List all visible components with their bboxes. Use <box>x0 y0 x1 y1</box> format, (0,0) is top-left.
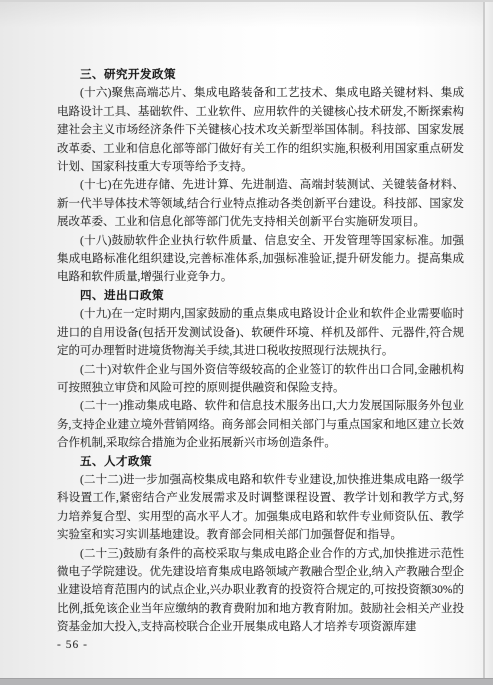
scanned-document-page: 三、研究开发政策 (十六)聚焦高端芯片、集成电路装备和工艺技术、集成电路关键材料… <box>0 0 493 685</box>
scan-bottom-shadow <box>0 678 493 685</box>
paragraph-21: (二十一)推动集成电路、软件和信息技术服务出口,大力发展国际服务外包业务,支持企… <box>57 397 464 452</box>
section-heading-import-export: 四、进出口政策 <box>57 287 464 305</box>
paragraph-20: (二十)对软件企业与国外资信等级较高的企业签订的软件出口合同,金融机构可按照独立… <box>57 361 464 398</box>
paragraph-19: (十九)在一定时期内,国家鼓励的重点集成电路设计企业和软件企业需要临时进口的自用… <box>57 305 464 360</box>
paragraph-23: (二十三)鼓励有条件的高校采取与集成电路企业合作的方式,加快推进示范性微电子学院… <box>57 545 464 637</box>
scan-right-margin <box>485 2 493 678</box>
section-heading-research-development: 三、研究开发政策 <box>57 66 464 84</box>
document-body: 三、研究开发政策 (十六)聚焦高端芯片、集成电路装备和工艺技术、集成电路关键材料… <box>57 66 464 637</box>
paragraph-16: (十六)聚焦高端芯片、集成电路装备和工艺技术、集成电路关键材料、集成电路设计工具… <box>57 84 464 176</box>
paragraph-18: (十八)鼓励软件企业执行软件质量、信息安全、开发管理等国家标准。加强集成电路标准… <box>57 232 464 287</box>
paragraph-22: (二十二)进一步加强高校集成电路和软件专业建设,加快推进集成电路一级学科设置工作… <box>57 471 464 545</box>
section-heading-talent: 五、人才政策 <box>57 453 464 471</box>
scan-top-edge <box>0 0 493 2</box>
page-number: - 56 - <box>57 639 88 651</box>
paragraph-17: (十七)在先进存储、先进计算、先进制造、高端封装测试、关键装备材料、新一代半导体… <box>57 176 464 231</box>
